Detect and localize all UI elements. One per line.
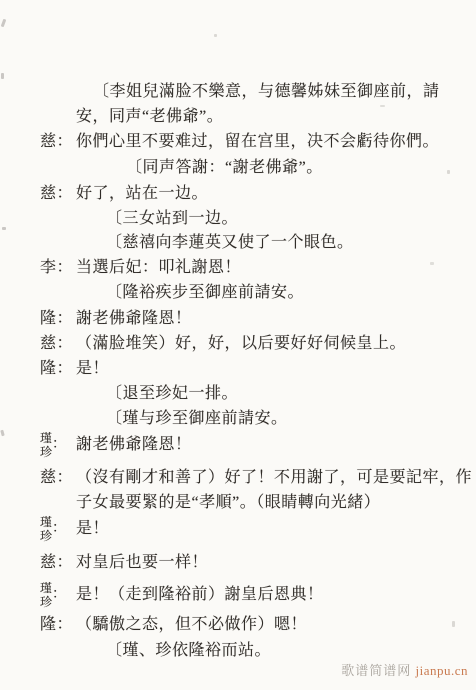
dialogue-text: 是！（走到隆裕前）謝皇后恩典！	[76, 585, 324, 605]
stage-text: 安，同声“老佛爺”。	[76, 108, 223, 125]
dialogue-line: 慈： 好了，站在一边。	[40, 184, 208, 204]
speaker-bottom: 珍	[40, 445, 52, 459]
scan-speckle	[0, 430, 4, 437]
dialogue-line: 瑾 珍 ： 是！（走到隆裕前）謝皇后恩典！	[40, 580, 324, 609]
scan-speckle	[452, 621, 455, 627]
dialogue-line: 隆： （驕傲之态，但不必做作）嗯！	[40, 615, 307, 635]
stage-direction: 〔隆裕疾步至御座前請安。	[106, 283, 304, 303]
dialogue-line: 隆： 是！	[40, 359, 109, 379]
speaker-label: 慈：	[40, 468, 76, 488]
scan-speckle	[214, 34, 217, 37]
speaker-label: 隆：	[40, 615, 76, 635]
watermark: 歌谱简谱网 jianpu.cn	[341, 660, 468, 679]
dialogue-text: （沒有剛才和善了）好了！不用謝了，可是要記牢，作	[76, 468, 472, 488]
dialogue-text: 子女最要緊的是“孝順”。（眼睛轉向光緒）	[76, 494, 380, 511]
stage-direction: 〔慈禧向李蓮英又使了一个眼色。	[106, 233, 354, 253]
speaker-bottom: 珍	[40, 529, 52, 543]
dialogue-line: 瑾 珍 ： 是！	[40, 514, 109, 543]
dialogue-line: 慈： 对皇后也要一样！	[40, 553, 208, 573]
speaker-label: 隆：	[40, 309, 76, 329]
speaker-label-stacked: 瑾 珍 ：	[40, 515, 76, 543]
watermark-site-name: 歌谱简谱网	[341, 663, 411, 678]
stage-direction: 〔三女站到一边。	[106, 209, 238, 229]
scan-speckle	[1, 19, 7, 28]
scan-speckle	[380, 105, 385, 107]
stage-text: 〔隆裕疾步至御座前請安。	[106, 284, 304, 301]
scan-speckle	[2, 227, 6, 230]
scan-speckle	[430, 262, 434, 265]
stage-text: 〔同声答謝：“謝老佛爺”。	[126, 159, 323, 176]
dialogue-text: 当選后妃：叩礼謝恩！	[76, 258, 241, 278]
stage-text: 〔李姐兒滿脸不樂意，与德馨姊妹至御座前，請	[93, 83, 440, 100]
dialogue-text: （驕傲之态，但不必做作）嗯！	[76, 615, 307, 635]
dialogue-text: 謝老佛爺隆恩！	[76, 435, 192, 455]
dialogue-line: 慈： 你們心里不要难过，留在宫里，决不会虧待你們。	[40, 132, 439, 152]
dialogue-text: 謝老佛爺隆恩！	[76, 309, 192, 329]
stage-direction: 〔退至珍妃一排。	[106, 384, 238, 404]
speaker-stacked-chars: 瑾 珍	[40, 515, 52, 543]
dialogue-line: 慈： （沒有剛才和善了）好了！不用謝了，可是要記牢，作	[40, 468, 472, 488]
speaker-label: 慈：	[40, 334, 76, 354]
scan-speckle	[447, 170, 450, 174]
speaker-label-stacked: 瑾 珍 ：	[40, 581, 76, 609]
stage-direction: 〔李姐兒滿脸不樂意，与德馨姊妹至御座前，請	[93, 82, 440, 102]
stage-text: 〔瑾与珍至御座前請安。	[106, 410, 288, 427]
speaker-stacked-chars: 瑾 珍	[40, 581, 52, 609]
dialogue-continuation: 子女最要緊的是“孝順”。（眼睛轉向光緒）	[76, 493, 380, 513]
stage-direction: 〔同声答謝：“謝老佛爺”。	[126, 158, 323, 178]
dialogue-line: 慈： （滿脸堆笑）好，好，以后要好好伺候皇上。	[40, 334, 406, 354]
dialogue-text: （滿脸堆笑）好，好，以后要好好伺候皇上。	[76, 334, 406, 354]
stage-text: 〔慈禧向李蓮英又使了一个眼色。	[106, 234, 354, 251]
speaker-label: 慈：	[40, 184, 76, 204]
watermark-site-url: jianpu.cn	[415, 663, 468, 678]
stage-direction: 〔瑾与珍至御座前請安。	[106, 409, 288, 429]
speaker-colon: ：	[52, 585, 67, 605]
dialogue-text: 是！	[76, 359, 109, 379]
dialogue-text: 是！	[76, 519, 109, 539]
speaker-top: 瑾	[40, 431, 52, 445]
speaker-label: 隆：	[40, 359, 76, 379]
stage-direction: 〔瑾、珍依隆裕而站。	[106, 641, 271, 661]
speaker-label: 慈：	[40, 553, 76, 573]
speaker-stacked-chars: 瑾 珍	[40, 431, 52, 459]
script-page: 〔李姐兒滿脸不樂意，与德馨姊妹至御座前，請 安，同声“老佛爺”。 慈： 你們心里…	[0, 0, 476, 690]
speaker-colon: ：	[52, 519, 67, 539]
speaker-label: 李：	[40, 258, 76, 278]
dialogue-text: 你們心里不要难过，留在宫里，决不会虧待你們。	[76, 132, 439, 152]
scan-speckle	[1, 73, 4, 79]
speaker-bottom: 珍	[40, 595, 52, 609]
stage-text: 〔三女站到一边。	[106, 210, 238, 227]
dialogue-text: 好了，站在一边。	[76, 184, 208, 204]
stage-text: 〔瑾、珍依隆裕而站。	[106, 642, 271, 659]
dialogue-line: 李： 当選后妃：叩礼謝恩！	[40, 258, 241, 278]
speaker-top: 瑾	[40, 515, 52, 529]
dialogue-line: 隆： 謝老佛爺隆恩！	[40, 309, 192, 329]
speaker-label: 慈：	[40, 132, 76, 152]
stage-direction-continuation: 安，同声“老佛爺”。	[76, 107, 223, 127]
stage-text: 〔退至珍妃一排。	[106, 385, 238, 402]
dialogue-text: 对皇后也要一样！	[76, 553, 208, 573]
speaker-top: 瑾	[40, 581, 52, 595]
speaker-label-stacked: 瑾 珍 ：	[40, 431, 76, 459]
dialogue-line: 瑾 珍 ： 謝老佛爺隆恩！	[40, 430, 192, 459]
speaker-colon: ：	[52, 435, 67, 455]
